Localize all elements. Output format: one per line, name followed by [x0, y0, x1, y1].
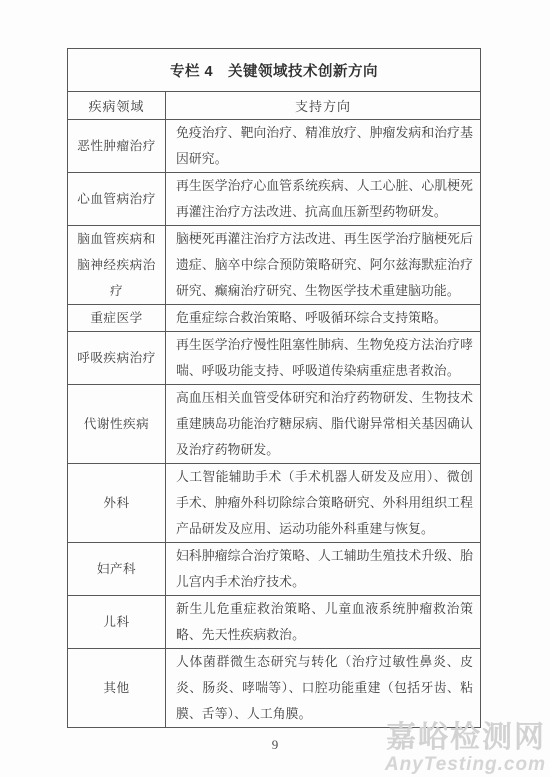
table-row: 脑血管疾病和脑神经疾病治疗脑梗死再灌注治疗方法改进、再生医学治疗脑梗死后遗症、脑… [68, 226, 481, 305]
column-header-support-direction: 支持方向 [166, 92, 481, 120]
support-direction-cell: 危重症综合救治策略、呼吸循环综合支持策略。 [166, 305, 481, 332]
support-direction-cell: 新生儿危重症救治策略、儿童血液系统肿瘤救治策略、先天性疾病救治。 [166, 596, 481, 649]
disease-field-cell: 恶性肿瘤治疗 [68, 120, 166, 173]
table-row: 重症医学危重症综合救治策略、呼吸循环综合支持策略。 [68, 305, 481, 332]
support-direction-cell: 高血压相关血管受体研究和治疗药物研发、生物技术重建胰岛功能治疗糖尿病、脂代谢异常… [166, 385, 481, 464]
support-direction-cell: 脑梗死再灌注治疗方法改进、再生医学治疗脑梗死后遗症、脑卒中综合预防策略研究、阿尔… [166, 226, 481, 305]
disease-field-cell: 其他 [68, 649, 166, 728]
support-direction-cell: 人工智能辅助手术（手术机器人研发及应用）、微创手术、肿瘤外科切除综合策略研究、外… [166, 464, 481, 543]
table-header-row: 疾病领域 支持方向 [68, 92, 481, 120]
disease-field-cell: 代谢性疾病 [68, 385, 166, 464]
table-title-row: 专栏 4 关键领域技术创新方向 [68, 49, 481, 92]
disease-field-cell: 儿科 [68, 596, 166, 649]
disease-field-cell: 妇产科 [68, 543, 166, 596]
watermark-site-name-en: AnyTesting.com [385, 755, 546, 774]
support-direction-cell: 再生医学治疗心血管系统疾病、人工心脏、心肌梗死再灌注治疗方法改进、抗高血压新型药… [166, 173, 481, 226]
table-row: 呼吸疾病治疗再生医学治疗慢性阻塞性肺病、生物免疫方法治疗哮喘、呼吸功能支持、呼吸… [68, 332, 481, 385]
column-header-disease-field: 疾病领域 [68, 92, 166, 120]
disease-field-cell: 重症医学 [68, 305, 166, 332]
table-row: 代谢性疾病高血压相关血管受体研究和治疗药物研发、生物技术重建胰岛功能治疗糖尿病、… [68, 385, 481, 464]
support-direction-cell: 妇科肿瘤综合治疗策略、人工辅助生殖技术升级、胎儿宫内手术治疗技术。 [166, 543, 481, 596]
support-direction-cell: 再生医学治疗慢性阻塞性肺病、生物免疫方法治疗哮喘、呼吸功能支持、呼吸道传染病重症… [166, 332, 481, 385]
watermark: 嘉峪检测网 AnyTesting.com [385, 723, 546, 774]
support-direction-cell: 人体菌群微生态研究与转化（治疗过敏性鼻炎、皮炎、肠炎、哮喘等）、口腔功能重建（包… [166, 649, 481, 728]
document-page: 专栏 4 关键领域技术创新方向 疾病领域 支持方向 恶性肿瘤治疗免疫治疗、靶向治… [0, 0, 550, 777]
table-row: 儿科新生儿危重症救治策略、儿童血液系统肿瘤救治策略、先天性疾病救治。 [68, 596, 481, 649]
table-title: 专栏 4 关键领域技术创新方向 [68, 49, 481, 92]
disease-field-cell: 心血管病治疗 [68, 173, 166, 226]
table-body: 恶性肿瘤治疗免疫治疗、靶向治疗、精准放疗、肿瘤发病和治疗基因研究。心血管病治疗再… [68, 120, 481, 728]
support-direction-cell: 免疫治疗、靶向治疗、精准放疗、肿瘤发病和治疗基因研究。 [166, 120, 481, 173]
table-row: 心血管病治疗再生医学治疗心血管系统疾病、人工心脏、心肌梗死再灌注治疗方法改进、抗… [68, 173, 481, 226]
disease-field-cell: 脑血管疾病和脑神经疾病治疗 [68, 226, 166, 305]
table-row: 其他人体菌群微生态研究与转化（治疗过敏性鼻炎、皮炎、肠炎、哮喘等）、口腔功能重建… [68, 649, 481, 728]
table-row: 恶性肿瘤治疗免疫治疗、靶向治疗、精准放疗、肿瘤发病和治疗基因研究。 [68, 120, 481, 173]
disease-field-cell: 外科 [68, 464, 166, 543]
table-row: 外科人工智能辅助手术（手术机器人研发及应用）、微创手术、肿瘤外科切除综合策略研究… [68, 464, 481, 543]
watermark-site-name-cn: 嘉峪检测网 [385, 723, 546, 753]
table-row: 妇产科妇科肿瘤综合治疗策略、人工辅助生殖技术升级、胎儿宫内手术治疗技术。 [68, 543, 481, 596]
key-areas-innovation-table: 专栏 4 关键领域技术创新方向 疾病领域 支持方向 恶性肿瘤治疗免疫治疗、靶向治… [67, 48, 481, 728]
disease-field-cell: 呼吸疾病治疗 [68, 332, 166, 385]
